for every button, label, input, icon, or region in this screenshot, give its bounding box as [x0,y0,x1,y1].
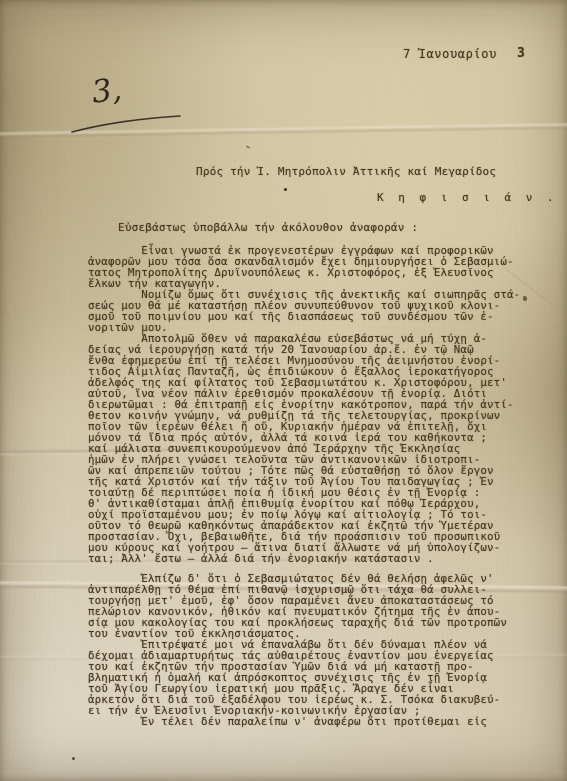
letter-date: 7 Ἰανουαρίου [403,47,497,61]
handwritten-underline-stroke [62,76,202,138]
recipient-city: Κ η φ ι σ ι ά ν . [377,191,558,204]
paragraph-5: Ἐπιτρέψατέ μοι νά ἐπαναλάβω ὅτι δέν δύνα… [88,639,528,727]
paragraph-2: Νομίζω ὅμως ὅτι συνέχισις τῆς ἀνεκτικῆς … [88,289,528,333]
page-number: 3 [517,46,525,61]
paragraph-1: Εἶναι γνωστά ἐκ προγενεστέρων ἐγγράφων κ… [88,245,528,289]
paragraph-4: Ἐλπίζω δ' ὅτι ὁ Σεβασμιώτατος δέν θά θελ… [88,573,528,639]
paragraph-3: Ἀποτολμῶ ὅθεν νά παρακαλέσω εὐσεβάστως ν… [88,333,528,564]
letter-body: Εἶναι γνωστά ἐκ προγενεστέρων ἐγγράφων κ… [88,245,528,727]
scanned-letter-page: 7 Ἰανουαρίου 3 3, Πρός τήν Ἱ. Μητρόπολιν… [0,0,567,781]
ink-speck [284,188,287,191]
salutation-line: Εὐσεβάστως ὑποβάλλω τήν ἀκόλουθον ἀναφορ… [118,221,418,234]
handwritten-page-mark: 3, [62,76,202,138]
recipient-line: Πρός τήν Ἱ. Μητρόπολιν Ἀττικῆς καί Μεγαρ… [196,165,496,178]
ink-speck [246,145,250,149]
ink-speck [72,757,75,760]
